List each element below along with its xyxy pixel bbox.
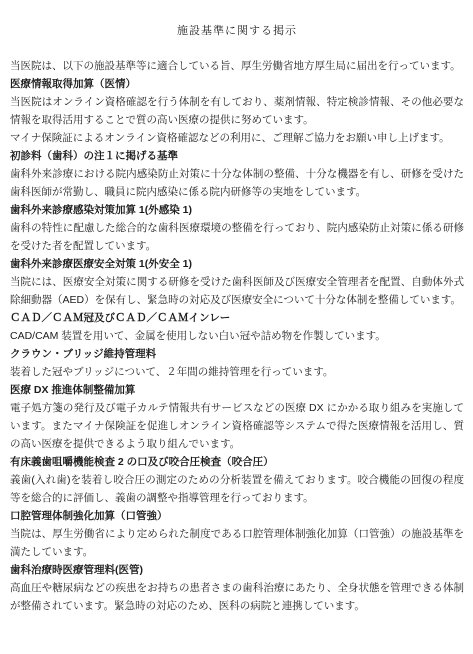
section-paragraph: 歯科外来診療における院内感染防止対策に十分な体制の整備、十分な機器を有し、研修を… (10, 165, 464, 201)
section-paragraph: CAD/CAM 装置を用いて、金属を使用しない白い冠や詰め物を作製しています。 (10, 327, 464, 345)
section-heading: ＣＡＤ／ＣＡＭ冠及びＣＡＤ／ＣＡＭインレー (10, 309, 464, 327)
section-heading: 歯科外来診療感染対策加算 1(外感染 1) (10, 201, 464, 219)
section-paragraph: 義歯(入れ歯)を装着し咬合圧の測定のための分析装置を備えております。咬合機能の回… (10, 471, 464, 507)
section-heading: 歯科治療時医療管理料(医管) (10, 561, 464, 579)
section-paragraph: 歯科の特性に配慮した総合的な歯科医療環境の整備を行っており、院内感染防止対策に係… (10, 219, 464, 255)
intro-paragraph: 当医院は、以下の施設基準等に適合している旨、厚生労働省地方厚生局に届出を行ってい… (10, 57, 464, 75)
sections-list: 医療情報取得加算（医情）当医院はオンライン資格確認を行う体制を有しており、薬剤情… (10, 75, 464, 615)
section-heading: 初診料（歯科）の注１に掲げる基準 (10, 147, 464, 165)
facility-standards-notice: 施設基準に関する掲示 当医院は、以下の施設基準等に適合している旨、厚生労働省地方… (0, 0, 473, 654)
section-heading: 歯科外来診療医療安全対策 1(外安全 1) (10, 255, 464, 273)
section-paragraph: マイナ保険証によるオンライン資格確認などの利用に、ご理解ご協力をお願い申し上げま… (10, 129, 464, 147)
section-heading: 医療情報取得加算（医情） (10, 75, 464, 93)
section-heading: クラウン・ブリッジ維持管理料 (10, 345, 464, 363)
section-paragraph: 装着した冠やブリッジについて、２年間の維持管理を行っています。 (10, 363, 464, 381)
section-heading: 医療 DX 推進体制整備加算 (10, 381, 464, 399)
section-heading: 口腔管理体制強化加算（口管強） (10, 507, 464, 525)
page-title: 施設基準に関する掲示 (10, 22, 464, 40)
section-paragraph: 当院には、医療安全対策に関する研修を受けた歯科医師及び医療安全管理者を配置、自動… (10, 273, 464, 309)
section-paragraph: 当医院はオンライン資格確認を行う体制を有しており、薬剤情報、特定検診情報、その他… (10, 93, 464, 129)
notice-body: 当医院は、以下の施設基準等に適合している旨、厚生労働省地方厚生局に届出を行ってい… (10, 57, 464, 615)
section-paragraph: 電子処方箋の発行及び電子カルテ情報共有サービスなどの医療 DX にかかる取り組み… (10, 399, 464, 453)
section-paragraph: 高血圧や糖尿病などの疾患をお持ちの患者さまの歯科治療にあたり、全身状態を管理でき… (10, 579, 464, 615)
section-paragraph: 当院は、厚生労働省により定められた制度である口腔管理体制強化加算（口管強）の施設… (10, 525, 464, 561)
section-heading: 有床義歯咀嚼機能検査 2 の口及び咬合圧検査（咬合圧） (10, 453, 464, 471)
